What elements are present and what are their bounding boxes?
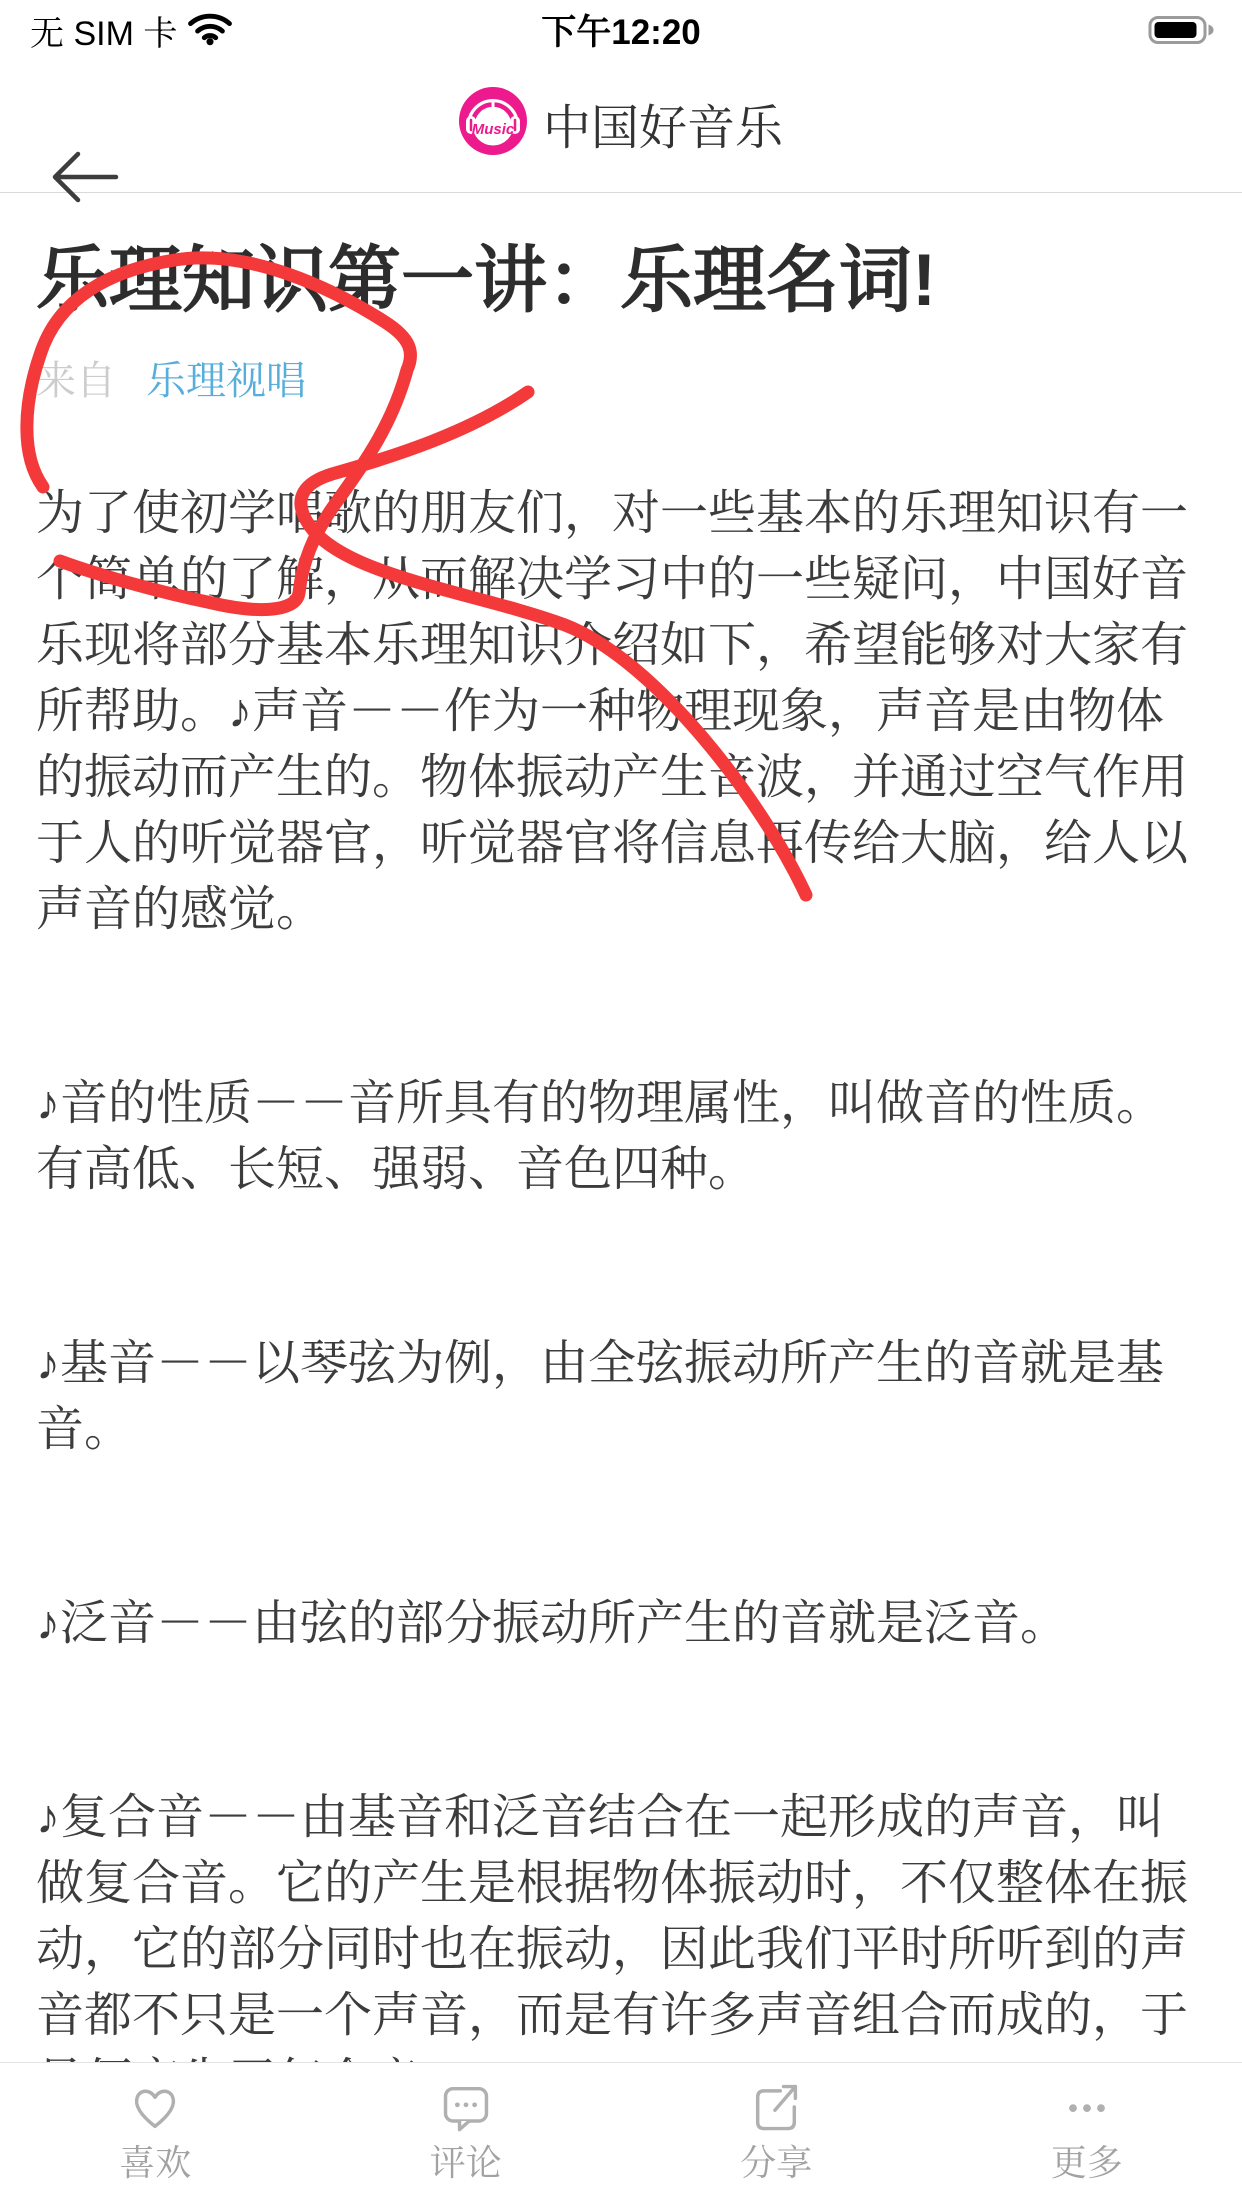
source-link[interactable]: 乐理视唱 (146, 357, 306, 405)
like-label: 喜欢 (119, 2143, 191, 2183)
share-icon (748, 2079, 804, 2135)
article-title: 乐理知识第一讲：乐理名词! (36, 235, 1222, 327)
like-button[interactable]: 喜欢 (0, 2063, 311, 2208)
paragraph-sound: 为了使初学唱歌的朋友们，对一些基本的乐理知识有一 个简单的了解，从而解决学习中的… (36, 481, 1222, 943)
heart-icon (127, 2079, 183, 2135)
article: 乐理知识第一讲：乐理名词! 来自 乐理视唱 为了使初学唱歌的朋友们，对一些基本的… (0, 193, 1242, 2115)
music-logo-icon: Music (459, 87, 527, 160)
more-button[interactable]: 更多 (932, 2063, 1242, 2208)
comment-button[interactable]: 评论 (311, 2063, 622, 2208)
article-body: 为了使初学唱歌的朋友们，对一些基本的乐理知识有一 个简单的了解，从而解决学习中的… (36, 481, 1222, 2115)
svg-text:Music: Music (472, 121, 515, 138)
more-icon (1059, 2079, 1115, 2135)
app-screen: 无 SIM 卡 下午12:20 (0, 0, 1242, 2208)
share-button[interactable]: 分享 (621, 2063, 932, 2208)
share-label: 分享 (740, 2143, 812, 2183)
paragraph-overtone: ♪泛音－－由弦的部分振动所产生的音就是泛音。 (36, 1591, 1222, 1657)
source-label: 来自 (36, 357, 116, 405)
paragraph-tone-properties: ♪音的性质－－音所具有的物理属性，叫做音的性质。 有高低、长短、强弱、音色四种。 (36, 1071, 1222, 1203)
comment-icon (438, 2079, 494, 2135)
comment-label: 评论 (430, 2143, 502, 2183)
app-title: 中国好音乐 (543, 89, 783, 158)
bottom-toolbar: 喜欢 评论 分享 更多 (0, 2062, 1242, 2208)
nav-bar: Music 中国好音乐 (0, 54, 1242, 192)
status-bar: 无 SIM 卡 下午12:20 (0, 0, 1242, 54)
paragraph-fundamental: ♪基音－－以琴弦为例，由全弦振动所产生的音就是基 音。 (36, 1331, 1222, 1463)
source-row: 来自 乐理视唱 (36, 357, 1222, 405)
more-label: 更多 (1051, 2143, 1123, 2183)
clock: 下午12:20 (0, 5, 1242, 55)
